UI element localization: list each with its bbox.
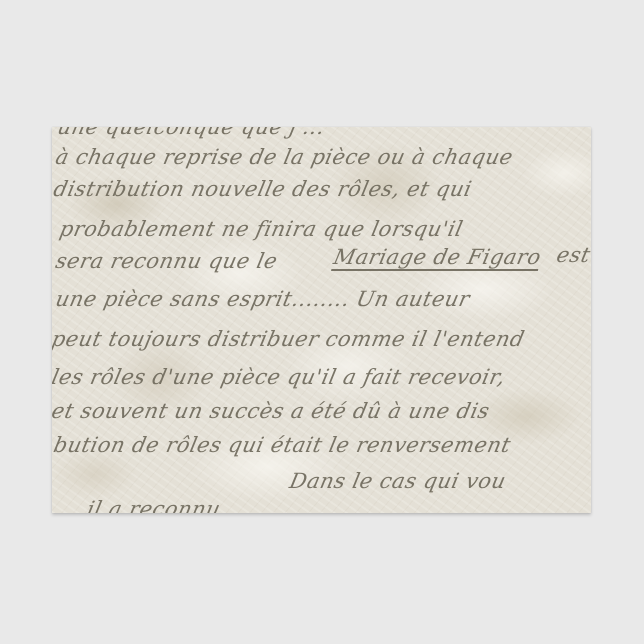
handwriting-line: et souvent un succès a été dû à une dis: [52, 399, 492, 423]
handwriting-line: bution de rôles qui était le renversemen…: [52, 433, 513, 457]
handwriting-line: probablement ne finira que lorsqu'il: [57, 217, 465, 241]
handwriting-line: ...il a reconnu...: [63, 497, 244, 513]
handwriting-line: distribution nouvelle des rôles, et qui: [52, 177, 474, 201]
handwriting-underlined-title: Mariage de Figaro: [331, 245, 543, 269]
handwritten-paper-card: une quelconque que j'... à chaque repris…: [52, 127, 591, 513]
handwriting-line: une pièce sans esprit........ Un auteur: [53, 287, 472, 311]
handwriting-line: Dans le cas qui vou: [287, 469, 508, 493]
handwriting-line: une quelconque que j'...: [55, 127, 327, 139]
handwriting-line: peut toujours distribuer comme il l'ente…: [52, 327, 527, 351]
handwriting-line: les rôles d'une pièce qu'il a fait recev…: [52, 365, 508, 389]
handwriting-line: sera reconnu que le: [53, 249, 279, 273]
handwriting-line: à chaque reprise de la pièce ou à chaque: [53, 145, 515, 169]
handwriting-line: est: [554, 243, 591, 267]
